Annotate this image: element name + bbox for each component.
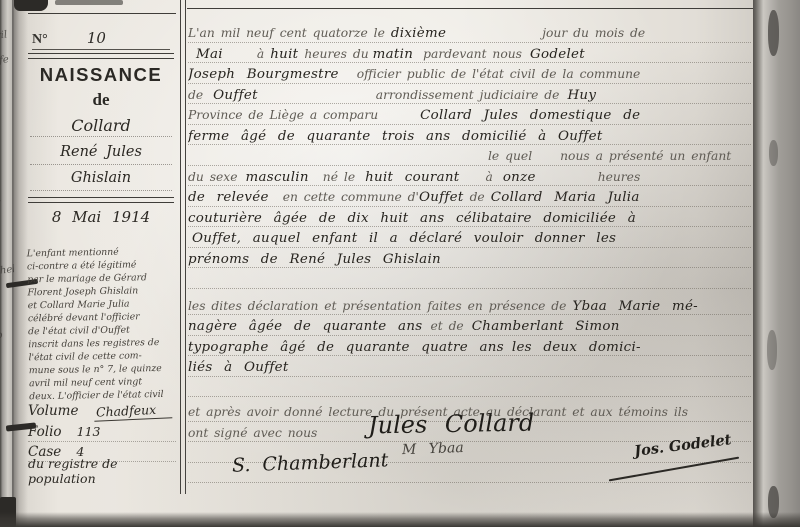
child-firstnames: René Jules — [30, 144, 172, 165]
printed-form-text: né le — [323, 170, 355, 184]
printed-form-text: de — [188, 88, 203, 102]
body-line: typographe âgé de quarante quatre ansles… — [188, 336, 751, 357]
printed-form-text: jour du mois de — [542, 26, 645, 40]
body-line: couturière âgée de dix huit ans célibata… — [188, 207, 751, 228]
handwritten-entry: les deux domici- — [512, 340, 641, 355]
handwritten-entry: huit — [270, 47, 298, 62]
volume-row: Volume Chadfeux — [28, 400, 176, 420]
child-surname: Collard — [30, 116, 172, 137]
printed-form-text: pardevant nous — [423, 47, 522, 61]
printed-form-text: arrondissement judiciaire de — [376, 88, 560, 102]
printed-form-text: du sexe — [188, 170, 238, 184]
margin-note-line: inscrit dans les registres de — [28, 336, 178, 352]
edge-text-fragment: p — [0, 330, 3, 342]
edge-text-fragment: ril — [0, 29, 8, 41]
edge-smudge — [768, 10, 779, 56]
printed-form-text: le quel — [488, 149, 532, 163]
printed-form-text: nous a présenté un enfant — [560, 149, 731, 163]
handwritten-entry: Collard Jules domestique de — [420, 108, 640, 123]
printed-form-text: à — [257, 47, 264, 61]
margin-note: L'enfant mentionnéci-contre a été légiti… — [27, 245, 180, 404]
body-line: Maiàhuitheures dumatinpardevant nousGode… — [188, 43, 751, 64]
body-line: Joseph Bourgmestreofficier public de l'é… — [188, 63, 751, 84]
act-type-heading: NAISSANCE — [24, 64, 178, 86]
folio-row: Folio 113 — [28, 421, 176, 442]
handwritten-entry: Ouffet — [419, 190, 464, 205]
child-thirdname: Ghislain — [30, 170, 172, 191]
printed-form-text: en cette commune d' — [283, 190, 419, 204]
body-line: de relevéeen cette commune d'OuffetdeCol… — [188, 186, 751, 207]
handwritten-entry: couturière âgée de dix huit ans célibata… — [188, 211, 636, 226]
handwritten-entry: huit courant — [365, 170, 459, 185]
handwritten-entry: Joseph Bourgmestre — [188, 67, 339, 82]
double-rule — [28, 197, 174, 203]
main-top-rule — [187, 8, 753, 9]
act-number-label: N° — [32, 32, 48, 47]
body-line: liés à Ouffet — [188, 356, 751, 377]
printed-form-text: officier public de l'état civil de la co… — [357, 67, 641, 81]
body-line: L'an mil neuf cent quatorze ledixièmejou… — [188, 22, 751, 43]
edge-text-fragment: t — [0, 135, 1, 146]
signature-witness-ybaa: M Ybaa — [402, 440, 464, 458]
birth-date: 8 Mai 1914 — [24, 208, 178, 226]
handwritten-entry: matin — [373, 47, 413, 62]
handwritten-entry: nagère âgée de quarante ans — [188, 319, 422, 334]
body-line: Province de Liège a comparuCollard Jules… — [188, 104, 751, 125]
printed-form-text: de — [470, 190, 485, 204]
handwritten-entry: de relevée — [188, 190, 269, 205]
body-line: les dites déclaration et présentation fa… — [188, 295, 751, 316]
margin-column: N° 10 NAISSANCE de Collard René Jules Gh… — [24, 0, 178, 527]
body-line: prénoms de René Jules Ghislain — [188, 248, 751, 269]
bottom-page-edge — [0, 512, 800, 527]
margin-note-line: mune sous le n° 7, le quinze — [29, 362, 179, 378]
volume-label: Volume — [28, 403, 78, 419]
folio-value: 113 — [77, 424, 101, 439]
margin-top-rule — [28, 13, 176, 14]
body-line — [188, 268, 751, 289]
body-line: le quelnous a présenté un enfant — [188, 145, 751, 166]
body-line: Ouffet, auquel enfant il a déclaré voulo… — [188, 227, 751, 248]
volume-value: Chadfeux — [93, 401, 172, 421]
printed-form-text: Province de Liège a comparu — [188, 108, 378, 122]
register-caption: du registre de population — [28, 456, 178, 486]
edge-text-fragment: ife — [0, 54, 9, 66]
handwritten-entry: Ouffet — [213, 88, 258, 103]
handwritten-entry: masculin — [246, 170, 309, 185]
printed-form-text: heures du — [304, 47, 368, 61]
body-line — [188, 377, 751, 398]
handwritten-entry: dixième — [391, 26, 446, 41]
act-number-value: 10 — [87, 29, 106, 47]
body-line: nagère âgée de quarante anset deChamberl… — [188, 315, 751, 336]
handwritten-entry: Godelet — [530, 47, 585, 62]
printed-form-text: et de — [430, 319, 463, 333]
handwritten-entry: typographe âgé de quarante quatre ans — [188, 340, 504, 355]
act-type-sub: de — [24, 90, 178, 110]
folio-label: Folio — [28, 424, 62, 440]
handwritten-entry: Collard Maria Julia — [491, 190, 640, 205]
handwritten-entry: prénoms de René Jules Ghislain — [188, 252, 441, 267]
margin-separator-rule — [180, 0, 186, 494]
body-line: deOuffetarrondissement judiciaire deHuy — [188, 84, 751, 105]
printed-form-text: ont signé avec nous — [188, 426, 317, 440]
printed-form-text: heures — [598, 170, 641, 184]
body-line: ferme âgé de quarante trois ans domicili… — [188, 125, 751, 146]
handwritten-entry: liés à Ouffet — [188, 360, 289, 375]
scanned-birth-record-page: rilifetfthelp N° 10 NAISSANCE de Collard… — [0, 0, 800, 527]
handwritten-entry: Huy — [567, 88, 596, 103]
handwritten-entry: Ybaa Marie mé- — [572, 299, 698, 314]
printed-form-text: les dites déclaration et présentation fa… — [188, 299, 566, 313]
act-number-line: N° 10 — [32, 28, 170, 50]
edge-smudge — [769, 140, 778, 166]
double-rule — [28, 53, 174, 59]
handwritten-entry: Chamberlant Simon — [472, 319, 620, 334]
edge-smudge — [767, 330, 777, 370]
signature-declarant: Jules Collard — [368, 409, 535, 440]
right-page-edge — [753, 0, 800, 527]
body-line: du sexemasculinné lehuit courantàonzeheu… — [188, 166, 751, 187]
handwritten-entry: Mai — [196, 47, 223, 62]
handwritten-entry: onze — [503, 170, 536, 185]
printed-form-text: à — [485, 170, 492, 184]
handwritten-entry: Ouffet, auquel enfant il a déclaré voulo… — [192, 231, 616, 246]
printed-form-text: L'an mil neuf cent quatorze le — [188, 26, 385, 40]
handwritten-entry: ferme âgé de quarante trois ans domicili… — [188, 129, 603, 144]
